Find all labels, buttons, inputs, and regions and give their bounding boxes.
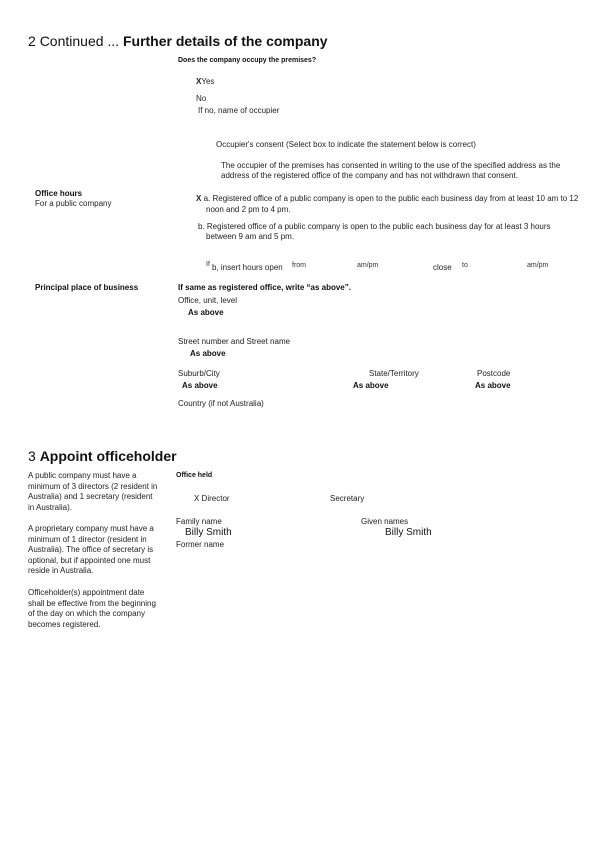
option-b-text: Registered office of a public company is… xyxy=(207,222,551,231)
section-title: Appoint officeholder xyxy=(40,448,177,464)
office-hours-option-b[interactable]: b. Registered office of a public company… xyxy=(198,222,551,231)
postcode-field[interactable]: As above xyxy=(475,381,511,390)
secretary-checkbox[interactable]: Secretary xyxy=(330,494,364,503)
occupier-name-label: If no, name of occupier xyxy=(198,106,279,115)
section-2-heading: 2 Continued ... Further details of the c… xyxy=(28,33,328,49)
consent-statement-line2: address of the registered office of the … xyxy=(221,171,518,180)
principal-place-label: Principal place of business xyxy=(35,283,138,292)
office-held-label: Office held xyxy=(176,472,212,479)
close-label: close xyxy=(433,263,452,272)
consent-checkbox[interactable]: Occupier's consent (Select box to indica… xyxy=(216,140,476,149)
former-name-field[interactable] xyxy=(176,551,556,563)
section-number: 2 xyxy=(28,33,36,49)
option-a-text: Registered office of a public company is… xyxy=(212,194,578,203)
suburb-field[interactable]: As above xyxy=(182,381,218,390)
country-label: Country (if not Australia) xyxy=(178,399,264,408)
former-name-label: Former name xyxy=(176,540,224,549)
country-field[interactable] xyxy=(178,410,558,422)
section-prefix: Continued ... xyxy=(40,33,119,49)
street-label: Street number and Street name xyxy=(178,337,290,346)
office-unit-level-field[interactable]: As above xyxy=(188,308,224,317)
given-names-field[interactable]: Billy Smith xyxy=(385,527,432,538)
family-name-field[interactable]: Billy Smith xyxy=(185,527,232,538)
occupy-question: Does the company occupy the premises? xyxy=(178,57,316,64)
to-label: to xyxy=(462,262,468,269)
section-title: Further details of the company xyxy=(123,33,328,49)
close-ampm-label: am/pm xyxy=(527,262,548,269)
open-ampm-label: am/pm xyxy=(357,262,378,269)
option-a-letter: a. xyxy=(204,194,211,203)
option-a-text-line2: noon and 2 pm to 4 pm. xyxy=(206,205,291,214)
no-label: No xyxy=(196,94,206,103)
office-hours-option-a[interactable]: X a. Registered office of a public compa… xyxy=(196,194,578,203)
director-checkbox[interactable]: X Director xyxy=(194,494,230,503)
occupier-name-field[interactable] xyxy=(280,104,560,116)
principal-place-instruction: If same as registered office, write “as … xyxy=(178,283,351,292)
section-number: 3 xyxy=(28,448,36,464)
from-label: from xyxy=(292,262,306,269)
office-unit-level-label: Office, unit, level xyxy=(178,296,237,305)
option-a-mark: X xyxy=(196,194,201,203)
family-name-label: Family name xyxy=(176,517,222,526)
given-names-label: Given names xyxy=(361,517,408,526)
public-company-note: A public company must have a minimum of … xyxy=(28,471,160,513)
open-time-field[interactable] xyxy=(312,259,354,271)
close-time-field[interactable] xyxy=(474,259,524,271)
proprietary-company-note: A proprietary company must have a minimu… xyxy=(28,524,160,577)
option-b-letter: b. xyxy=(198,222,205,231)
consent-statement-line1: The occupier of the premises has consent… xyxy=(221,161,560,170)
postcode-label: Postcode xyxy=(477,369,510,378)
yes-checkbox[interactable]: XYes xyxy=(196,77,214,86)
state-label: State/Territory xyxy=(369,369,419,378)
street-field[interactable]: As above xyxy=(190,349,226,358)
office-hours-sublabel: For a public company xyxy=(35,199,111,208)
no-checkbox[interactable]: No xyxy=(196,94,206,103)
office-hours-label: Office hours xyxy=(35,189,82,198)
appointment-date-note: Officeholder(s) appointment date shall b… xyxy=(28,588,160,630)
consent-label: Occupier's consent (Select box to indica… xyxy=(216,140,476,149)
option-b-text-line2: between 9 am and 5 pm. xyxy=(206,232,294,241)
suburb-label: Suburb/City xyxy=(178,369,220,378)
state-field[interactable]: As above xyxy=(353,381,389,390)
yes-label: Yes xyxy=(201,77,214,86)
section-3-heading: 3 Appoint officeholder xyxy=(28,448,177,464)
insert-hours-label: b, insert hours open xyxy=(212,263,283,272)
insert-if: If xyxy=(206,261,210,268)
